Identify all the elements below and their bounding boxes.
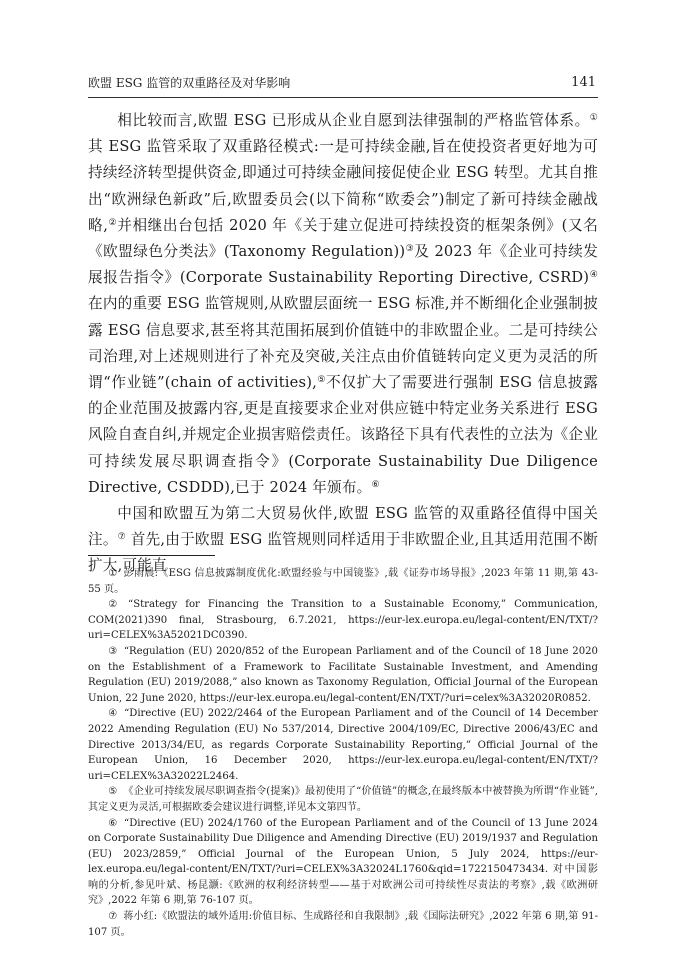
footnote-ref[interactable]: ① [590,113,598,123]
footnote-text: 彭雨晨:《ESG 信息披露制度优化:欧盟经验与中国镜鉴》,载《证券市场导报》,2… [88,568,598,595]
footnote-text: “Directive (EU) 2024/1760 of the Europea… [88,818,598,907]
page-number: 141 [571,72,596,94]
running-head: 欧盟 ESG 监管的双重路径及对华影响 141 [88,72,598,94]
footnote-mark: ⑥ [108,818,118,829]
footnote-separator [88,555,215,556]
footnote-mark: ③ [108,646,118,657]
footnote-ref[interactable]: ④ [589,270,598,280]
footnote-ref[interactable]: ⑦ [118,532,126,542]
footnote-mark: ④ [108,708,118,719]
footnotes: ①彭雨晨:《ESG 信息披露制度优化:欧盟经验与中国镜鉴》,载《证券市场导报》,… [88,566,598,940]
footnote-4: ④“Directive (EU) 2022/2464 of the Europe… [88,706,598,784]
running-head-title: 欧盟 ESG 监管的双重路径及对华影响 [88,72,290,94]
footnote-7: ⑦蒋小红:《欧盟法的域外适用:价值目标、生成路径和自我限制》,载《国际法研究》,… [88,909,598,940]
footnote-text: “Regulation (EU) 2020/852 of the Europea… [88,646,598,704]
footnote-1: ①彭雨晨:《ESG 信息披露制度优化:欧盟经验与中国镜鉴》,载《证券市场导报》,… [88,566,598,597]
footnote-text: 蒋小红:《欧盟法的域外适用:价值目标、生成路径和自我限制》,载《国际法研究》,2… [88,911,598,938]
body-text: 相比较而言,欧盟 ESG 已形成从企业自愿到法律强制的严格监管体系。① 其 ES… [88,108,598,580]
body-text-run: 相比较而言,欧盟 ESG 已形成从企业自愿到法律强制的严格监管体系。 [117,112,590,129]
footnote-ref[interactable]: ⑥ [371,480,379,490]
footnote-mark: ① [108,568,117,579]
footnote-5: ⑤《企业可持续发展尽职调查指令(提案)》最初使用了“价值链”的概念,在最终版本中… [88,784,598,815]
footnote-ref[interactable]: ③ [405,244,414,254]
paragraph-1: 相比较而言,欧盟 ESG 已形成从企业自愿到法律强制的严格监管体系。① 其 ES… [88,108,598,501]
footnote-ref[interactable]: ⑤ [317,375,326,385]
body-text-run: 不仅扩大了需要进行强制 ESG 信息披露的企业范围及披露内容,更是直接要求企业对… [88,374,598,496]
footnote-ref[interactable]: ② [108,218,117,228]
footnote-2: ②“Strategy for Financing the Transition … [88,597,598,644]
footnote-mark: ② [108,599,122,610]
footnote-text: “Strategy for Financing the Transition t… [88,599,598,641]
footnote-mark: ⑦ [108,911,117,922]
footnote-3: ③“Regulation (EU) 2020/852 of the Europe… [88,644,598,706]
footnote-6: ⑥“Directive (EU) 2024/1760 of the Europe… [88,816,598,910]
footnote-mark: ⑤ [108,786,117,797]
footnote-text: 《企业可持续发展尽职调查指令(提案)》最初使用了“价值链”的概念,在最终版本中被… [88,786,598,813]
footnote-text: “Directive (EU) 2022/2464 of the Europea… [88,708,598,781]
header-rule [88,97,598,98]
